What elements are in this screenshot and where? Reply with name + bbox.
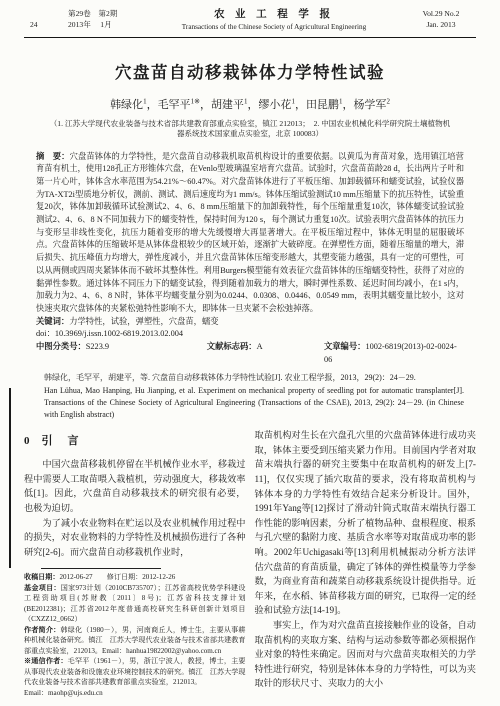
clc-number: 中图分类号：S223.9 xyxy=(36,341,207,366)
footnote-received: 收稿日期：2012-06-27 修订日期：2012-12-26 xyxy=(24,572,246,583)
body-paragraph: 取苗机构对生长在穴盘孔穴里的穴盘苗钵体进行成功夹取，钵体主要受到压缩夹紧力作用。… xyxy=(255,428,477,618)
footnote-funding: 基金项目：国家973计划（2010CB735707）；江苏省高校优势学科建设工程… xyxy=(24,583,246,625)
journal-name-cn: 农 业 工 程 学 报 xyxy=(142,9,406,20)
author: 杨学军2 xyxy=(353,99,390,111)
footnote-corresponding-author: ※通信作者：毛罕平（1961－），男，浙江宁波人，教授，博士，主要从事现代农业装… xyxy=(24,656,246,688)
author: 缪小花1， xyxy=(258,99,306,111)
abstract-label: 摘 要： xyxy=(36,152,70,161)
section-title: 引 言 xyxy=(42,435,81,447)
section-heading-intro: 0引 言 xyxy=(24,432,246,448)
citation-block: 韩绿化，毛罕平，胡建平，等. 穴盘苗自动移栽钵体力学特性试验[J]. 农业工程学… xyxy=(44,372,464,421)
date-en: Jan. 2013 xyxy=(406,20,476,31)
abstract: 摘 要：穴盘苗钵体的力学特性，是穴盘苗自动移栽机取苗机构设计的重要依据。以黄瓜为… xyxy=(36,151,464,316)
issue-date-line: 2013年 1月 xyxy=(68,20,112,31)
journal-name-en: Transactions of the Chinese Society of A… xyxy=(142,22,406,33)
keywords-label: 关键词： xyxy=(36,317,69,326)
header-divider xyxy=(24,37,476,38)
abstract-text: 穴盘苗钵体的力学特性，是穴盘苗自动移栽机取苗机构设计的重要依据。以黄瓜为育苗对象… xyxy=(36,152,464,313)
issue-volume-line: 第29卷 第2期 xyxy=(24,9,142,20)
footnote-corresponding-email: Email：maohp@ujs.edu.cn xyxy=(24,688,246,699)
article-id: 文章编号：1002-6819(2013)-02-0024-06 xyxy=(324,341,464,366)
doi-line: doi：10.3969/j.issn.1002-6819.2013.02.004 xyxy=(36,328,464,341)
keywords-line: 关键词：力学特性，试验，弹塑性，穴盘苗，蠕变 xyxy=(36,316,464,329)
author: 田昆鹏1， xyxy=(306,99,354,111)
author: 胡建平1， xyxy=(211,99,259,111)
scan-artifact-line xyxy=(9,388,11,568)
author: 毛罕平1※， xyxy=(158,99,211,111)
page-number: 24 xyxy=(24,20,68,31)
journal-page: 第29卷 第2期 24 2013年 1月 农 业 工 程 学 报 Transac… xyxy=(0,0,500,706)
document-code: 文献标志码：A xyxy=(207,341,324,366)
right-column: 取苗机构对生长在穴盘孔穴里的穴盘苗钵体进行成功夹取，钵体主要受到压缩夹紧力作用。… xyxy=(255,428,477,698)
journal-header: 第29卷 第2期 24 2013年 1月 农 业 工 程 学 报 Transac… xyxy=(24,9,476,33)
footnotes-block: 收稿日期：2012-06-27 修订日期：2012-12-26 基金项目：国家9… xyxy=(24,572,246,698)
footnote-author-bio: 作者简介：韩绿化（1980－），男，河南商丘人，博士生，主要从事耕种机械化装备研… xyxy=(24,625,246,657)
header-vol-block: Vol.29 No.2 Jan. 2013 xyxy=(406,9,476,30)
author: 韩绿化1， xyxy=(110,99,158,111)
citation-cn: 韩绿化，毛罕平，胡建平，等. 穴盘苗自动移栽钵体力学特性试验[J]. 农业工程学… xyxy=(44,372,464,384)
citation-en: Han Lühua, Mao Hanping, Hu Jianping, et … xyxy=(44,385,464,422)
keywords-text: 力学特性，试验，弹塑性，穴盘苗，蠕变 xyxy=(69,317,218,326)
body-paragraph: 事实上，作为对穴盘苗直接接触作业的设备，自动取苗机构的夹取方案、结构与运动参数等… xyxy=(255,618,477,691)
authors-line: 韩绿化1，毛罕平1※，胡建平1，缪小花1，田昆鹏1，杨学军2 xyxy=(24,96,476,112)
paper-title: 穴盘苗自动移栽钵体力学特性试验 xyxy=(24,59,476,83)
left-column: 0引 言 中国穴盘苗移栽机停留在半机械作业水平，移栽过程中需要人工取苗喂入栽植机… xyxy=(24,428,246,698)
body-paragraph: 中国穴盘苗移栽机停留在半机械作业水平，移栽过程中需要人工取苗喂入栽植机，劳动强度… xyxy=(24,457,246,515)
body-columns: 0引 言 中国穴盘苗移栽机停留在半机械作业水平，移栽过程中需要人工取苗喂入栽植机… xyxy=(24,428,476,698)
header-journal-block: 农 业 工 程 学 报 Transactions of the Chinese … xyxy=(142,9,406,33)
affiliation: （1. 江苏大学现代农业装备与技术省部共建教育部重点实验室，镇江 212013；… xyxy=(24,119,476,140)
header-issue-block: 第29卷 第2期 24 2013年 1月 xyxy=(24,9,142,30)
affiliation-line: （1. 江苏大学现代农业装备与技术省部共建教育部重点实验室，镇江 212013；… xyxy=(24,119,476,130)
affiliation-line: 器系统技术国家重点实验室，北京 100083） xyxy=(24,129,476,140)
section-number: 0 xyxy=(24,435,30,447)
footnote-divider xyxy=(41,568,161,569)
classification-line: 中图分类号：S223.9 文献标志码：A 文章编号：1002-6819(2013… xyxy=(36,341,464,366)
body-paragraph: 为了减小农业物料在贮运以及农业机械作用过程中的损失，对农业物料的力学特性及机械损… xyxy=(24,516,246,560)
volume-en: Vol.29 No.2 xyxy=(406,9,476,20)
